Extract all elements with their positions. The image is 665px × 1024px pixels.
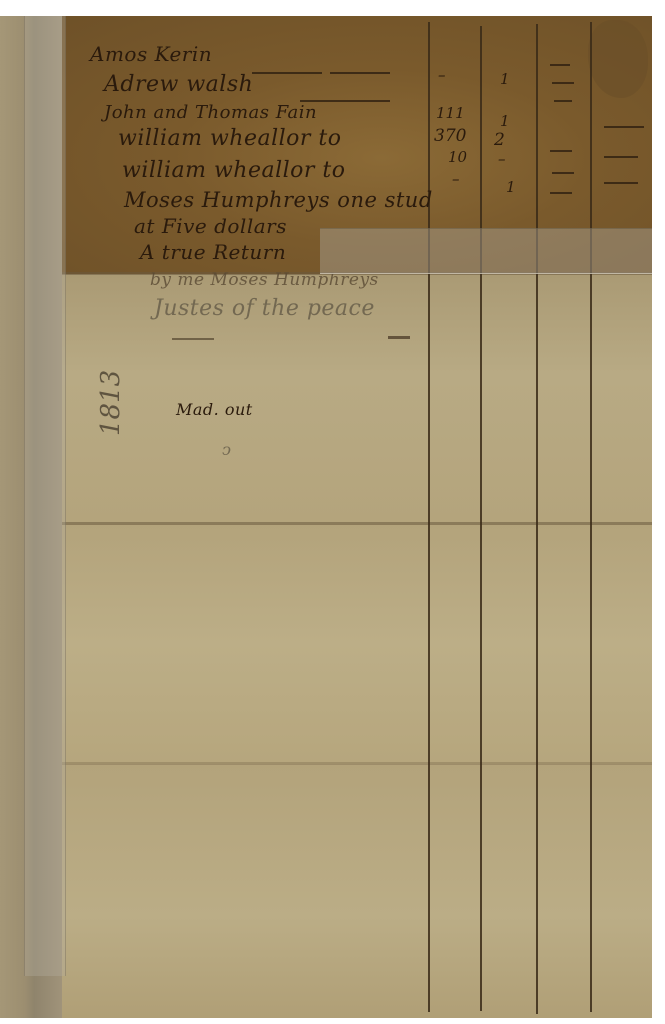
fold-line (50, 522, 652, 525)
ledger-dash (300, 100, 390, 102)
tape-repair-vertical (24, 16, 66, 976)
ledger-dash (604, 182, 638, 184)
ledger-dash (552, 172, 574, 174)
year-note: 1813 (96, 370, 126, 436)
entry-col1: – (438, 66, 446, 84)
ledger-dash (550, 192, 572, 194)
entry-col2: 2 (494, 130, 505, 150)
ledger-dash (252, 72, 322, 74)
attestation-line: Justes of the peace (154, 296, 375, 321)
ledger-dash (330, 72, 390, 74)
entry-name: at Five dollars (134, 214, 287, 238)
entry-col2: 1 (500, 70, 510, 88)
tape-repair-horizontal (320, 228, 652, 274)
underline-mark (388, 336, 410, 339)
column-rule (536, 24, 538, 1014)
entry-col2: 1 (506, 178, 516, 196)
entry-col1: – (452, 170, 460, 188)
ledger-dash (554, 100, 572, 102)
entry-col1: 370 (434, 126, 466, 146)
entry-name: Amos Kerin (90, 42, 212, 66)
pencil-mark: ↄ (222, 440, 231, 459)
entry-name: Adrew walsh (104, 72, 253, 97)
entry-name: william wheallor to (122, 158, 346, 183)
entry-name: John and Thomas Fain (104, 102, 317, 123)
underline-mark (172, 338, 214, 340)
ledger-dash (604, 156, 638, 158)
entry-col2: – (498, 150, 506, 168)
ledger-dash (550, 64, 570, 66)
paper-panel-4 (50, 764, 652, 1018)
column-rule (480, 26, 482, 1011)
fold-line (50, 762, 652, 765)
entry-name: Moses Humphreys one stud (124, 188, 433, 212)
made-out-note: Mad. out (176, 400, 253, 419)
attestation-line: A true Return (140, 240, 286, 264)
entry-col2: 1 (500, 112, 510, 130)
entry-col1: 111 (436, 104, 465, 122)
ledger-dash (552, 82, 574, 84)
paper-panel-3 (50, 524, 652, 764)
ledger-dash (604, 126, 644, 128)
column-rule (590, 22, 592, 1012)
ledger-dash (550, 150, 572, 152)
entry-name: william wheallor to (118, 126, 342, 151)
entry-col1: 10 (448, 148, 467, 166)
column-rule (428, 22, 430, 1012)
